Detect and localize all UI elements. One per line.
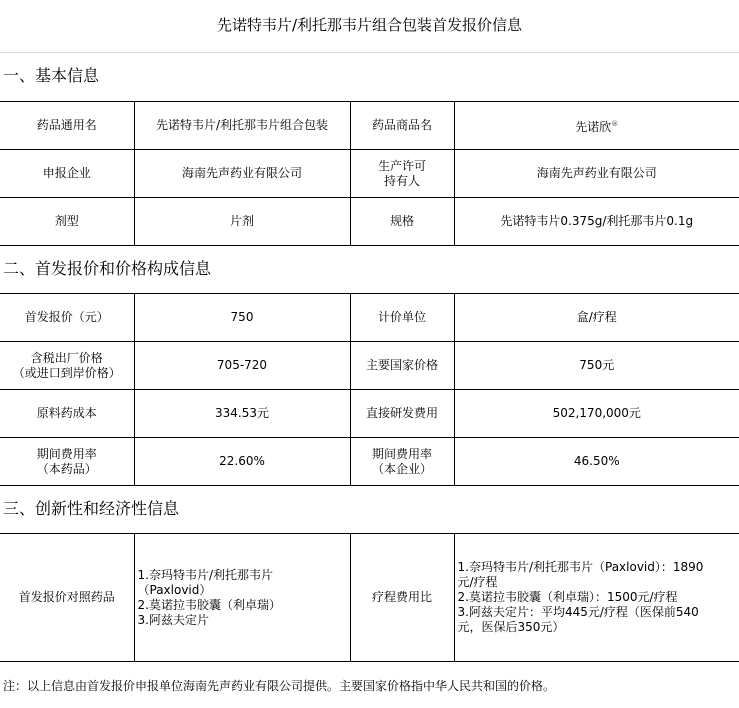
value-license-holder: 海南先声药业有限公司 [454, 150, 739, 198]
table-row: 药品通用名 先诺特韦片/利托那韦片组合包装 药品商品名 先诺欣® [0, 102, 739, 150]
value-pricing-unit: 盒/疗程 [454, 294, 739, 342]
label-course-cost-ratio: 疗程费用比 [350, 534, 454, 662]
value-course-cost-ratio: 1.奈玛特韦片/利托那韦片（Paxlovid）：1890 元/疗程 2.莫诺拉韦… [454, 534, 739, 662]
list-item: 3.阿兹夫定片 [138, 613, 348, 628]
label-line: 生产许可 [353, 159, 452, 174]
label-expense-rate-company: 期间费用率（本企业） [350, 438, 454, 486]
value-rd-cost: 502,170,000元 [454, 390, 739, 438]
label-brand-name: 药品商品名 [350, 102, 454, 150]
label-pricing-unit: 计价单位 [350, 294, 454, 342]
label-expense-rate-drug: 期间费用率（本药品） [0, 438, 134, 486]
list-item: 2.莫诺拉韦胶囊（利卓瑞）：1500元/疗程 [458, 590, 738, 605]
label-line: 期间费用率 [2, 447, 132, 462]
label-dosage-form: 剂型 [0, 198, 134, 246]
label-ex-factory-price: 含税出厂价格（或进口到岸价格） [0, 342, 134, 390]
label-rd-cost: 直接研发费用 [350, 390, 454, 438]
section-heading-basic: 一、基本信息 [3, 66, 99, 86]
label-line: 期间费用率 [353, 447, 452, 462]
section-heading-innovation: 三、创新性和经济性信息 [3, 499, 179, 519]
label-applicant: 申报企业 [0, 150, 134, 198]
list-item: 3.阿兹夫定片：平均445元/疗程（医保前540 [458, 605, 738, 620]
value-applicant: 海南先声药业有限公司 [134, 150, 350, 198]
label-line: 含税出厂价格 [2, 351, 132, 366]
innovation-table: 首发报价对照药品 1.奈玛特韦片/利托那韦片 （Paxlovid） 2.莫诺拉韦… [0, 533, 739, 662]
label-line: （本企业） [353, 462, 452, 477]
table-row: 含税出厂价格（或进口到岸价格） 705-720 主要国家价格 750元 [0, 342, 739, 390]
list-item: 1.奈玛特韦片/利托那韦片（Paxlovid）：1890 [458, 560, 738, 575]
label-generic-name: 药品通用名 [0, 102, 134, 150]
table-row: 期间费用率（本药品） 22.60% 期间费用率（本企业） 46.50% [0, 438, 739, 486]
title-divider [0, 52, 739, 53]
value-generic-name: 先诺特韦片/利托那韦片组合包装 [134, 102, 350, 150]
registered-mark-icon: ® [611, 120, 618, 128]
table-row: 剂型 片剂 规格 先诺特韦片0.375g/利托那韦片0.1g [0, 198, 739, 246]
label-reference-drugs: 首发报价对照药品 [0, 534, 134, 662]
value-launch-price: 750 [134, 294, 350, 342]
label-api-cost: 原料药成本 [0, 390, 134, 438]
value-dosage-form: 片剂 [134, 198, 350, 246]
value-major-country-price: 750元 [454, 342, 739, 390]
table-row: 原料药成本 334.53元 直接研发费用 502,170,000元 [0, 390, 739, 438]
table-row: 申报企业 海南先声药业有限公司 生产许可持有人 海南先声药业有限公司 [0, 150, 739, 198]
page-title: 先诺特韦片/利托那韦片组合包装首发报价信息 [0, 0, 739, 53]
label-line: （本药品） [2, 462, 132, 477]
label-license-holder: 生产许可持有人 [350, 150, 454, 198]
basic-info-table: 药品通用名 先诺特韦片/利托那韦片组合包装 药品商品名 先诺欣® 申报企业 海南… [0, 101, 739, 246]
brand-name-text: 先诺欣 [575, 120, 611, 134]
value-ex-factory-price: 705-720 [134, 342, 350, 390]
table-row: 首发报价（元） 750 计价单位 盒/疗程 [0, 294, 739, 342]
table-row: 首发报价对照药品 1.奈玛特韦片/利托那韦片 （Paxlovid） 2.莫诺拉韦… [0, 534, 739, 662]
value-reference-drugs: 1.奈玛特韦片/利托那韦片 （Paxlovid） 2.莫诺拉韦胶囊（利卓瑞） 3… [134, 534, 350, 662]
section-heading-pricing: 二、首发报价和价格构成信息 [3, 259, 211, 279]
value-expense-rate-company: 46.50% [454, 438, 739, 486]
pricing-table: 首发报价（元） 750 计价单位 盒/疗程 含税出厂价格（或进口到岸价格） 70… [0, 293, 739, 486]
label-line: 持有人 [353, 174, 452, 189]
list-item: 元/疗程 [458, 575, 738, 590]
value-expense-rate-drug: 22.60% [134, 438, 350, 486]
label-line: （或进口到岸价格） [2, 366, 132, 381]
label-specification: 规格 [350, 198, 454, 246]
footnote: 注：以上信息由首发报价申报单位海南先声药业有限公司提供。主要国家价格指中华人民共… [3, 678, 555, 694]
list-item: （Paxlovid） [138, 583, 348, 598]
value-brand-name: 先诺欣® [454, 102, 739, 150]
label-launch-price: 首发报价（元） [0, 294, 134, 342]
value-api-cost: 334.53元 [134, 390, 350, 438]
list-item: 1.奈玛特韦片/利托那韦片 [138, 568, 348, 583]
list-item: 2.莫诺拉韦胶囊（利卓瑞） [138, 598, 348, 613]
list-item: 元，医保后350元） [458, 620, 738, 635]
label-major-country-price: 主要国家价格 [350, 342, 454, 390]
value-specification: 先诺特韦片0.375g/利托那韦片0.1g [454, 198, 739, 246]
